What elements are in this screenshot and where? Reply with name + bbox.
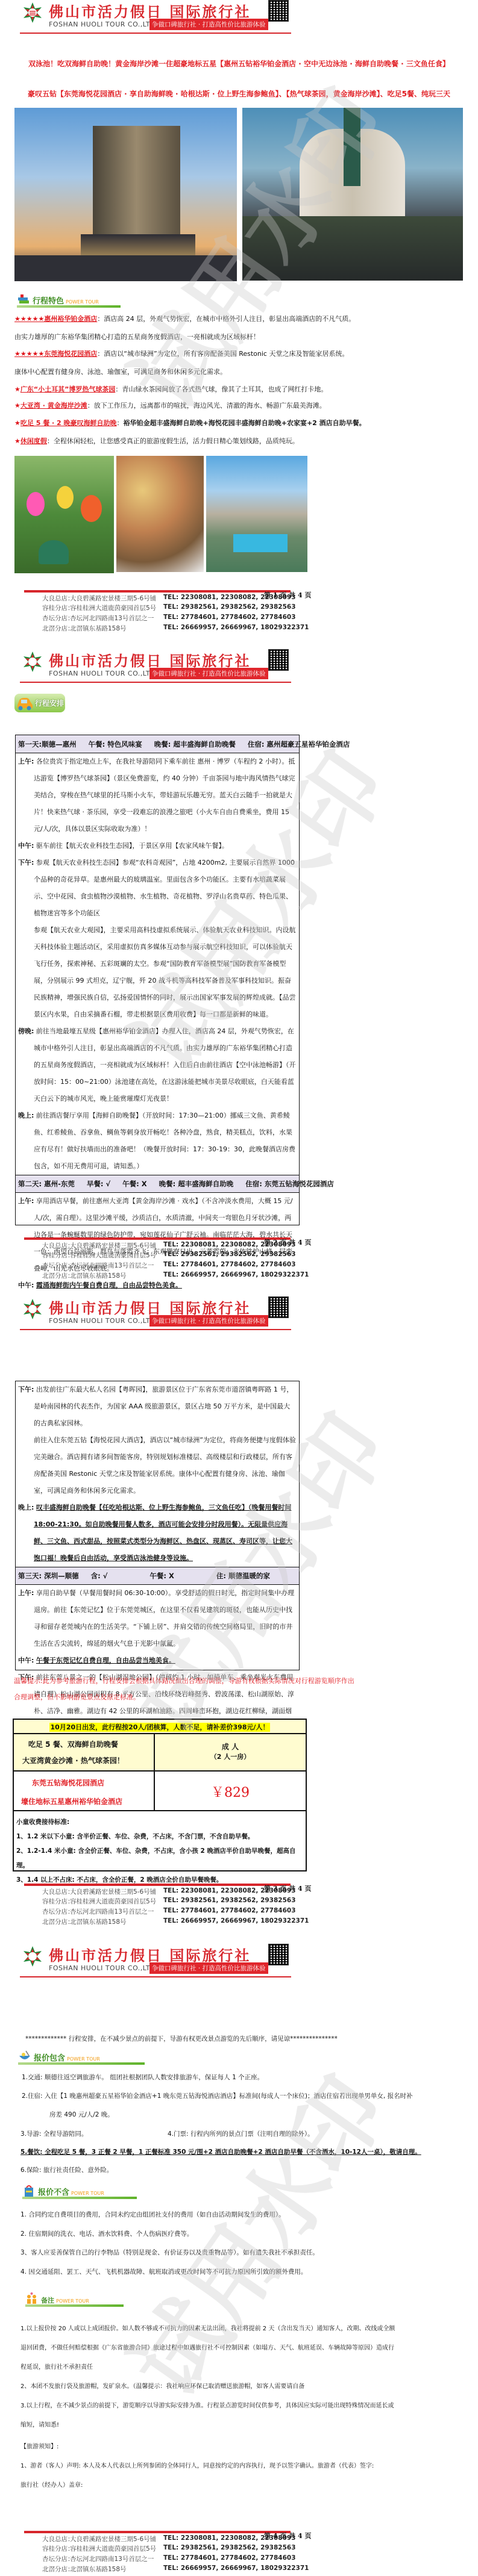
- section-tag-label: 行程特色: [33, 294, 64, 306]
- section-tag-features: 行程特色 POWER TOUR: [17, 291, 121, 306]
- itinerary-segment: 参观【航天农业大观园】，主要采用高科技虚拟系统展示、体验航天农业科技知识。内设航…: [16, 922, 299, 1023]
- excludes-item: 2. 住宿期间的洗衣、电话、酒水饮料费、个人伤病医疗费等。: [20, 2229, 193, 2238]
- tip-line-1: 温馨提示:此为参考旅游行程，行程安排会根据具体路况做出合理的调整，导游有权根据实…: [14, 1676, 354, 1685]
- qr-code-icon: [268, 0, 289, 22]
- price-value: ￥829: [155, 1772, 306, 1810]
- day-header-3: 第三天: 深圳—顺德含: √午餐: X住: 顺德温暖的家: [16, 1567, 299, 1585]
- page-footer: 第 2 页 共 4 页 大良总店：大良碧溪路宏景楼三期5-6号铺 TEL: 22…: [24, 1237, 458, 1286]
- section-tag-notes: 备注 POWER TOUR: [25, 2291, 124, 2305]
- day-header-2: 第二天: 惠州-东莞早餐: √午餐: X晚餐: 超丰盛海鲜自助晚住宿: 东莞五钻…: [16, 1175, 299, 1193]
- section-tag-includes: 报价包含 POWER TOUR: [18, 2049, 145, 2063]
- company-header: 佛山市活力假日 国际旅行社 FOSHAN HUOLI TOUR CO.,LTD …: [20, 1944, 291, 1977]
- company-header: 佛山市活力假日 国际旅行社 FOSHAN HUOLI TOUR CO.,LTD …: [20, 0, 291, 34]
- photo-rooftop-pool: [206, 456, 307, 572]
- company-logo-icon: [22, 1946, 43, 1967]
- people-icon: [25, 2292, 39, 2305]
- price-hotel-2: 壕住地标五星惠州裕华铂金酒店: [21, 1796, 154, 1806]
- company-logo-icon: [22, 1299, 43, 1319]
- feature-item: ★吃足 5 餐 · 2 晚豪叹海鲜自助晚：裕华铂金超丰盛海鲜自助晚+海悦花园丰盛…: [14, 418, 461, 428]
- notes-item: 退回团费，不做任何赔偿根据《广东省旅游合同》旅途过程中如遇旅行社不可控制因素（如…: [20, 2342, 394, 2351]
- photo-balloon-tea-garden: [14, 456, 114, 573]
- itinerary-segment: 下午: 出发前往广东最大私人名园【粤晖园】，旅游景区位于广东省东莞市道滘镇粤晖路…: [16, 1381, 299, 1432]
- notice-line: ************* 行程安排，在不减少景点的前提下，导游有权更改景点游览…: [25, 2034, 338, 2043]
- includes-item: 2.住宿: 入住【1 晚惠州超豪五星裕华铂金酒店+1 晚东莞五钻海悦酒店酒店】标…: [22, 2091, 413, 2100]
- books-icon: [17, 293, 30, 306]
- includes-item: 5.餐饮: 全程吃足 5 餐，3 正餐 2 早餐，1 正餐标准 350 元/围+…: [20, 2147, 421, 2156]
- notes-item: 缩短，请知悉!: [20, 2419, 59, 2428]
- itinerary-table-part1: 第一天:顺德—惠州午餐: 特色风味宴晚餐: 超丰盛海鲜自助晚餐住宿: 惠州超豪五…: [15, 735, 300, 1225]
- page-footer: 第 3 页 共 4 页 大良总店：大良碧溪路宏景楼三期5-6号铺 TEL: 22…: [24, 1884, 458, 1932]
- footer-divider: [24, 590, 291, 593]
- travel-notice-title: 【旅游须知】:: [20, 2441, 58, 2450]
- company-header: 佛山市活力假日 国际旅行社 FOSHAN HUOLI TOUR CO.,LTD …: [20, 649, 291, 683]
- itinerary-segment: 下午: 参观【航天农业科技生态园】参观“农科奇观园”，占地 4200m2, 主要…: [16, 854, 299, 922]
- page-footer: 第 4 页 共 4 页 大良总店：大良碧溪路宏景楼三期5-6号铺 TEL: 22…: [24, 2531, 458, 2576]
- feature-item-cont: 康体中心配置有健身房、泳池、瑜伽室，可满足商务和休闲多元化需求。: [14, 367, 461, 376]
- hotel-photo-huizhou: [14, 108, 237, 281]
- includes-item: 4.门票: 行程内所列的景点门票（注明自理的除外）。: [168, 2129, 314, 2138]
- itinerary-segment: 中午: 驱车前往【航天农业科技生态园】，于景区享用【农家风味午餐】。: [16, 838, 299, 854]
- feature-item-cont: 由实力雄厚的广东裕华集团精心打造的五星商务度假酒店，一亮相就成为区域标杆！: [14, 332, 461, 341]
- price-banner-row: 10月20日出发，此行程按20人/团核算，人数不足，请补差价398元/人！: [14, 1720, 306, 1734]
- company-name-en: FOSHAN HUOLI TOUR CO.,LTD: [49, 20, 156, 28]
- feature-item: ★广东“小土耳其”博罗热气球茶园：青山绿水茶园间放了各式热气球，像其了土耳其，也…: [14, 384, 461, 394]
- company-logo-icon: [22, 652, 43, 672]
- includes-item: 房差 490 元/人/2 晚。: [49, 2110, 114, 2119]
- feature-item: ★★★★★惠州裕华铂金酒店：酒店高 24 层，外观气势恢宏，在城市中格外引人注目…: [14, 314, 461, 323]
- feature-item: ★★★★★东莞海悦花园酒店：酒店以“城市绿洲”为定位，所有客房配备美国 Rest…: [14, 349, 461, 358]
- qr-code-icon: [268, 649, 289, 671]
- headline-line-1: 双泳池！吃双海鲜自助晚！黄金海岸沙滩一住超豪地标五星【惠州五钻裕华铂金酒店 · …: [0, 58, 478, 69]
- headline-line-2: 豪叹五钻【东莞海悦花园酒店 · 享自助海鲜晚 · 哈根达斯 · 位上野生海参鲍鱼…: [0, 89, 478, 99]
- child-rules-title: 小童收费接待标准:: [16, 1815, 303, 1829]
- power-tour-label: POWER TOUR: [66, 299, 99, 305]
- itinerary-segment: 上午: 各位贵宾于指定地点上车，在我社导游陪同下乘车前往 惠州 · 博罗（车程约…: [16, 753, 299, 838]
- section-tag-itinerary: 行程安排: [14, 694, 65, 712]
- price-banner: 10月20日出发，此行程按20人/团核算，人数不足，请补差价398元/人！: [49, 1723, 271, 1732]
- photo-seafood-buffet: [116, 456, 204, 572]
- car-icon: [16, 695, 34, 711]
- price-hotel-1: 东莞五钻海悦花园酒店: [32, 1778, 154, 1788]
- company-header: 佛山市活力假日 国际旅行社 FOSHAN HUOLI TOUR CO.,LTD …: [20, 1296, 291, 1330]
- company-logo-icon: [22, 2, 43, 23]
- itinerary-segment: 晚上: 前往酒店餐厅享用【海鲜自助晚餐】（开放时间：17:30—21:00）挪威…: [16, 1107, 299, 1175]
- itinerary-segment: 前往入住东莞五钻【海悦花园大酒店】，酒店以“城市绿洲”为定位，将商务便捷与度假体…: [16, 1432, 299, 1499]
- travel-notice-line: 1、游者（客人）声明: 本人及本人代表以上所列参团的全体同行人，同意按约定的内容…: [20, 2460, 374, 2469]
- section-tag-excludes: 报价不含 POWER TOUR: [22, 2183, 137, 2197]
- itinerary-segment: 傍晚: 前往当地最壕五星级【惠州裕华铂金酒店】办理入住，酒店高 24 层，外观气…: [16, 1023, 299, 1107]
- company-slogan: 争做口碑旅行社 · 打造高性价比旅游体验: [149, 19, 268, 30]
- company-name-cn: 佛山市活力假日 国际旅行社: [49, 0, 251, 21]
- bowl-icon: [18, 2050, 31, 2063]
- itinerary-table-part2: 下午: 出发前往广东最大私人名园【粤晖园】，旅游景区位于广东省东莞市道滘镇粤晖路…: [15, 1381, 300, 1670]
- qr-code-icon: [268, 1944, 289, 1965]
- excludes-item: 3、客人应妥善保管自己的行李物品（特别是现金、有价证券以及贵重物品等）。如有遗失…: [20, 2248, 319, 2257]
- hotel-photo-dongguan: [242, 108, 463, 281]
- page-footer: 第 1 页 共 4 页 大良总店：大良碧溪路宏景楼三期5-6号铺 TEL: 22…: [24, 590, 458, 638]
- tip-line-2: 合理调整，但不影响游览景点及原定标准。: [14, 1692, 140, 1702]
- itinerary-segment: 上午: 享用自助早餐（早餐用餐时间 06:30-10:00）。享受舒适的假日时光…: [16, 1585, 299, 1652]
- feature-item: ★休闲度假：全程休闲轻松，让您感受真正的旅游度假生活，活力假日精心策划线路，品质…: [14, 436, 461, 446]
- shopping-bag-icon: [22, 2184, 36, 2197]
- includes-item: 6.保险: 旅行社责任险、意外险。: [20, 2165, 113, 2174]
- includes-item: 3.导游: 全程导游陪同。: [20, 2129, 87, 2138]
- excludes-item: 4. 因交通延阻、罢工、天气、飞机机器故障、航班取消或更改时间等不可抗力原因所引…: [20, 2267, 307, 2276]
- feature-item: ★大亚湾 · 黄金海岸沙滩：放下工作压力，远离都市的喧扰，海边风光、清澈的海水、…: [14, 400, 461, 410]
- itinerary-segment: 晚上: 叹丰盛海鲜自助晚餐【任吃哈根达斯、位上野生海参鲍鱼，三文鱼任吃】（晚餐用…: [16, 1499, 299, 1567]
- qr-code-icon: [268, 1296, 289, 1318]
- day-header-1: 第一天:顺德—惠州午餐: 特色风味宴晚餐: 超丰盛海鲜自助晚餐住宿: 惠州超豪五…: [16, 735, 299, 753]
- notes-item: 1.以上报价按 20 人或以上成团报价。如人数不够或不可抗力的因素无法出团，我社…: [20, 2323, 395, 2332]
- itinerary-segment: 中午: 午餐于东莞记忆自费自理，自由品尝当地美食。: [16, 1652, 299, 1669]
- price-table: 10月20日出发，此行程按20人/团核算，人数不足，请补差价398元/人！ 吃足…: [13, 1719, 307, 1871]
- includes-item: 1.交通: 顺德往返空调旅游车。 组团社根据团队人数安排旅游车，保证每人 1 个…: [22, 2073, 263, 2082]
- notes-item: 2、本团不发旅行袋及旅游帽，发矿泉水。（温馨提示：我社响应环保已取消赠送旅游帽，…: [20, 2381, 304, 2390]
- notes-item: 程延误，旅行社不承担责任: [20, 2362, 93, 2371]
- travel-notice-line: 旅行社（经办人）盖章:: [20, 2480, 83, 2489]
- notes-item: 3.以上行程，在不减少景点的前提下，游览顺序以导游实际安排为准。行程景点游览时间…: [20, 2400, 394, 2409]
- header-divider: [20, 33, 291, 34]
- excludes-item: 1. 合同约定自费项目的费用，合同未约定由组团社支付的费用（如自由活动期间发生的…: [20, 2210, 285, 2219]
